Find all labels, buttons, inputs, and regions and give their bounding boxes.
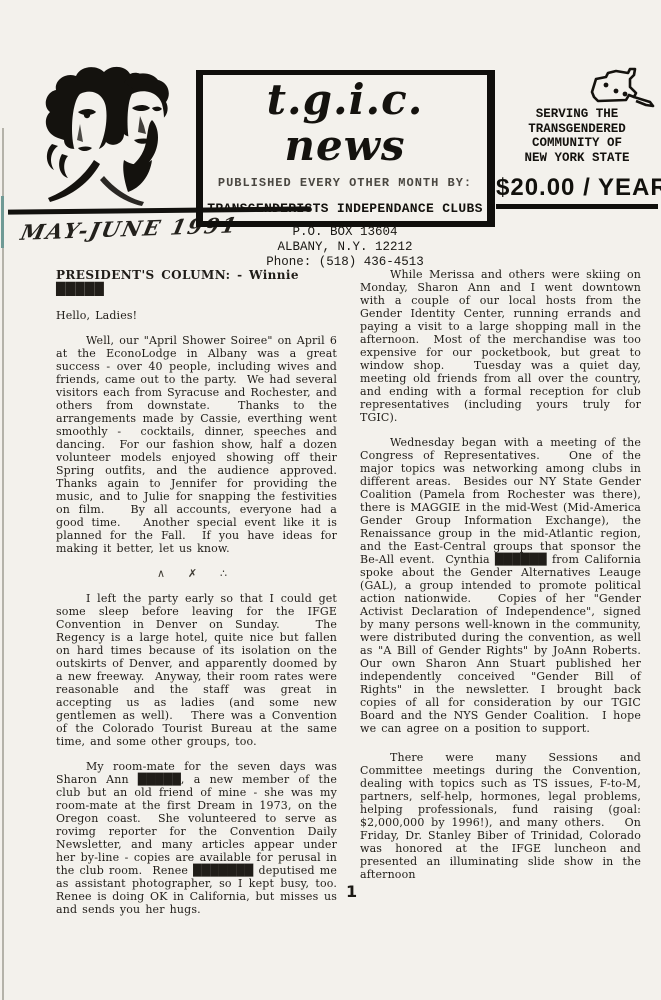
two-faces-sketch-logo	[28, 60, 192, 212]
newsletter-page: MAY-JUNE 1991 t.g.i.c. news PUBLISHED EV…	[0, 0, 661, 1000]
published-line: PUBLISHED EVERY OTHER MONTH BY:	[203, 176, 487, 190]
paragraph: There were many Sessions and Committee m…	[360, 751, 641, 881]
article-heading: PRESIDENT'S COLUMN: - Winnie █████	[56, 268, 337, 296]
greeting: Hello, Ladies!	[56, 309, 337, 322]
scan-edge-artifact-teal	[1, 196, 4, 248]
address-block: P.O. BOX 13604 ALBANY, N.Y. 12212 Phone:…	[203, 225, 487, 270]
page-number: 1	[346, 882, 357, 901]
paragraph: While Merissa and others were skiing on …	[360, 268, 641, 424]
paragraph: My room-mate for the seven days was Shar…	[56, 760, 337, 916]
section-divider-mark: ∧ ✗ ∴	[56, 567, 337, 580]
tagline-line: TRANSGENDERED	[497, 122, 657, 137]
scan-edge-artifact	[2, 128, 4, 1000]
organization-name: TRANSGENDERISTS INDEPENDANCE CLUBS	[203, 201, 487, 216]
paragraph: I left the party early so that I could g…	[56, 592, 337, 748]
price-underline-rule	[496, 204, 658, 209]
paragraph: Well, our "April Shower Soiree" on April…	[56, 334, 337, 555]
tagline-line: NEW YORK STATE	[497, 151, 657, 166]
tagline-line: SERVING THE	[497, 107, 657, 122]
address-line: ALBANY, N.Y. 12212	[203, 240, 487, 255]
newsletter-title: t.g.i.c. news	[203, 77, 487, 169]
subscription-price: $20.00 / YEAR	[496, 174, 659, 205]
address-line: P.O. BOX 13604	[203, 225, 487, 240]
tagline-line: COMMUNITY OF	[497, 136, 657, 151]
tagline: SERVING THE TRANSGENDERED COMMUNITY OF N…	[497, 107, 657, 165]
left-column: PRESIDENT'S COLUMN: - Winnie █████ Hello…	[56, 268, 337, 928]
masthead-box: t.g.i.c. news PUBLISHED EVERY OTHER MONT…	[196, 70, 495, 227]
right-column: While Merissa and others were skiing on …	[360, 268, 641, 893]
paragraph: Wednesday began with a meeting of the Co…	[360, 436, 641, 735]
